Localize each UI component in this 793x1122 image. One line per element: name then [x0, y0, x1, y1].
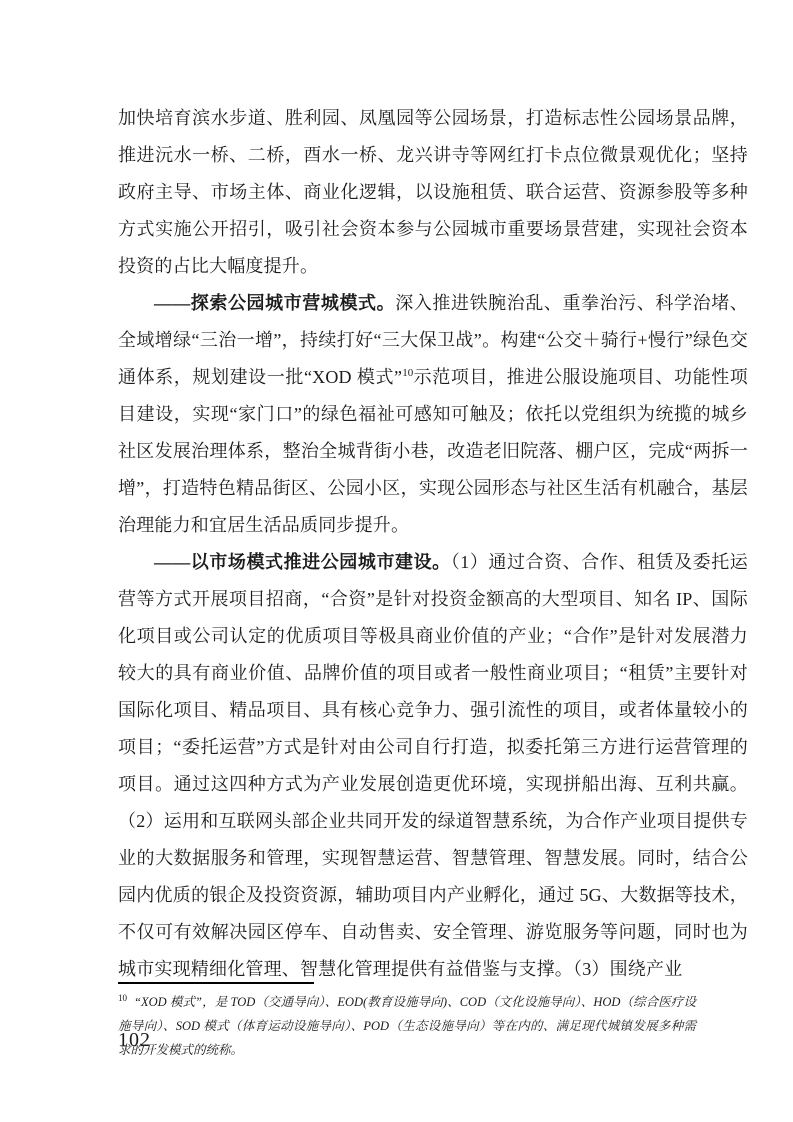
footnote: 10“XOD 模式”，是 TOD（交通导向）、EOD(教育设施导向)、COD（文… [118, 990, 696, 1062]
footnote-text: “XOD 模式”，是 TOD（交通导向）、EOD(教育设施导向)、COD（文化设… [118, 995, 696, 1057]
paragraph-2-text-continued: 示范项目，推进公服设施项目、功能性项目建设，实现“家门口”的绿色福祉可感知可触及… [118, 367, 748, 535]
footnote-area: 10“XOD 模式”，是 TOD（交通导向）、EOD(教育设施导向)、COD（文… [118, 982, 696, 1062]
document-page: 加快培育滨水步道、胜利园、凤凰园等公园场景，打造标志性公园场景品牌，推进沅水一桥… [0, 0, 793, 1122]
paragraph-1-text: 加快培育滨水步道、胜利园、凤凰园等公园场景，打造标志性公园场景品牌，推进沅水一桥… [118, 108, 748, 276]
paragraph-1: 加快培育滨水步道、胜利园、凤凰园等公园场景，打造标志性公园场景品牌，推进沅水一桥… [118, 100, 748, 285]
paragraph-2-lead: ——探索公园城市营城模式。 [154, 293, 395, 313]
paragraph-2: ——探索公园城市营城模式。深入推进铁腕治乱、重拳治污、科学治堵、全域增绿“三治一… [118, 285, 748, 544]
page-number: 102 [118, 1026, 151, 1054]
body-text: 加快培育滨水步道、胜利园、凤凰园等公园场景，打造标志性公园场景品牌，推进沅水一桥… [118, 100, 748, 988]
footnote-separator-rule [118, 982, 314, 984]
footnote-marker: 10 [118, 993, 127, 1003]
paragraph-3-lead: ——以市场模式推进公园城市建设。 [154, 552, 451, 572]
footnote-reference: 10 [402, 367, 413, 379]
paragraph-3: ——以市场模式推进公园城市建设。（1）通过合资、合作、租赁及委托运营等方式开展项… [118, 544, 748, 988]
paragraph-3-text: （1）通过合资、合作、租赁及委托运营等方式开展项目招商，“合资”是针对投资金额高… [118, 552, 748, 979]
